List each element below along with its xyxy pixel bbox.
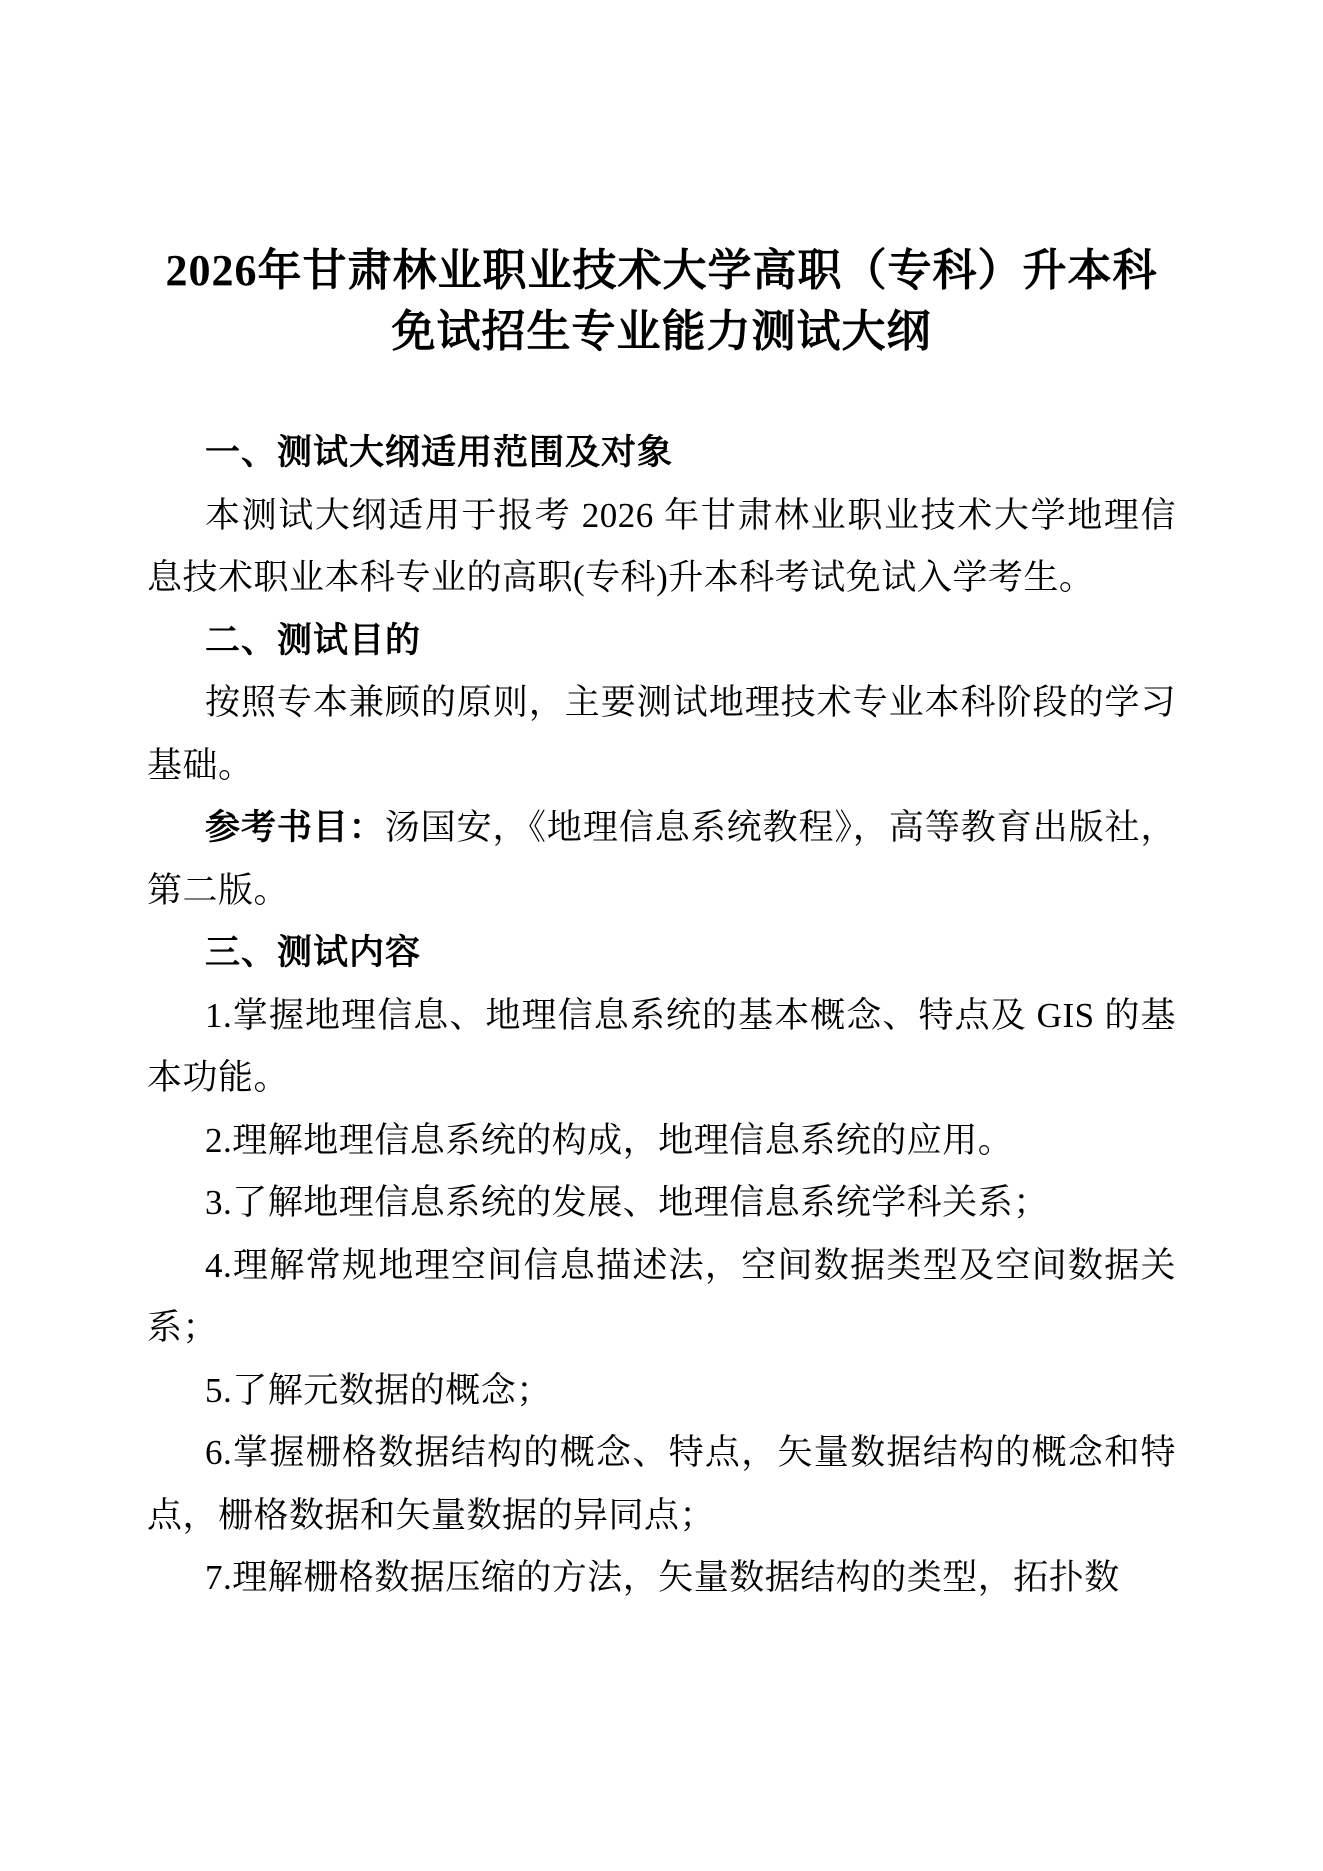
content-item-1: 1.掌握地理信息、地理信息系统的基本概念、特点及 GIS 的基本功能。 [147,985,1176,1110]
content-item-4: 4.理解常规地理空间信息描述法，空间数据类型及空间数据关系； [147,1235,1176,1360]
reference-paragraph: 参考书目：汤国安，《地理信息系统教程》，高等教育出版社，第二版。 [147,797,1176,922]
content-item-7: 7.理解栅格数据压缩的方法，矢量数据结构的类型，拓扑数 [147,1547,1176,1610]
content-item-3: 3.了解地理信息系统的发展、地理信息系统学科关系； [147,1172,1176,1235]
content-item-6: 6.掌握栅格数据结构的概念、特点，矢量数据结构的概念和特点，栅格数据和矢量数据的… [147,1422,1176,1547]
content-item-5: 5.了解元数据的概念； [147,1360,1176,1423]
document-title: 2026年甘肃林业职业技术大学高职（专科）升本科 免试招生专业能力测试大纲 [147,240,1176,362]
section-1-paragraph: 本测试大纲适用于报考 2026 年甘肃林业职业技术大学地理信息技术职业本科专业的… [147,485,1176,610]
content-item-2: 2.理解地理信息系统的构成，地理信息系统的应用。 [147,1110,1176,1173]
section-1-heading: 一、测试大纲适用范围及对象 [147,422,1176,485]
reference-label: 参考书目： [205,808,385,847]
section-2-heading: 二、测试目的 [147,610,1176,673]
title-line-1: 2026年甘肃林业职业技术大学高职（专科）升本科 [147,240,1176,301]
document-body: 一、测试大纲适用范围及对象 本测试大纲适用于报考 2026 年甘肃林业职业技术大… [147,422,1176,1610]
section-3-heading: 三、测试内容 [147,922,1176,985]
title-line-2: 免试招生专业能力测试大纲 [147,301,1176,362]
section-2-paragraph: 按照专本兼顾的原则，主要测试地理技术专业本科阶段的学习基础。 [147,672,1176,797]
document-page: 2026年甘肃林业职业技术大学高职（专科）升本科 免试招生专业能力测试大纲 一、… [0,0,1323,1871]
